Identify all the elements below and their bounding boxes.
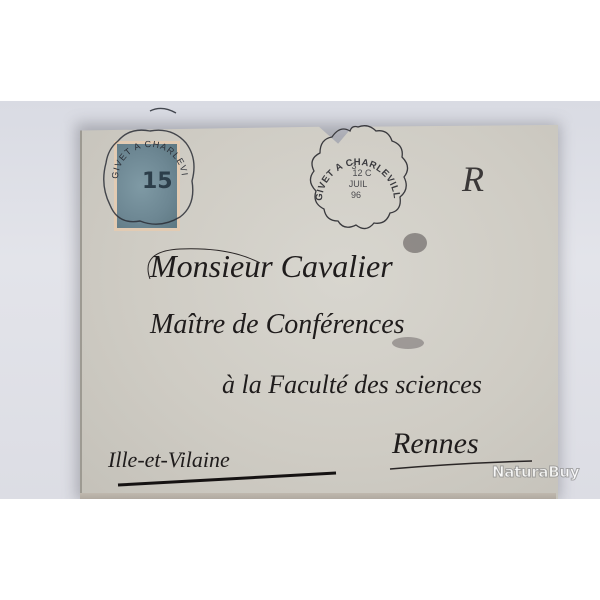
naturabuy-watermark: NaturaBuy: [492, 463, 579, 481]
ink-smudge: [403, 233, 427, 253]
stamp-cancel-text: GIVET A CHARLEVILLE: [0, 101, 190, 179]
registered-mark: R: [461, 159, 484, 199]
envelope-markings: GIVET A CHARLEVILLE GIVET A CHARLEVILLE …: [0, 101, 600, 499]
address-line-2: Maître de Conférences: [149, 309, 405, 340]
address-department: Ille-et-Vilaine: [107, 447, 230, 472]
envelope-photo: 15 GIVET A CHARLEVILLE GIVET A CHARLEVIL…: [0, 101, 600, 499]
address-block: Monsieur Cavalier Maître de Conférences …: [107, 248, 482, 472]
address-line-3: à la Faculté des sciences: [222, 370, 482, 399]
address-city: Rennes: [391, 427, 479, 460]
svg-text:JUIL: JUIL: [349, 179, 368, 189]
address-line-1: Monsieur Cavalier: [149, 248, 393, 284]
svg-text:12 C: 12 C: [352, 168, 372, 178]
postmark-ring-text: GIVET A CHARLEVILLE: [0, 101, 402, 201]
department-underline: [118, 473, 336, 485]
svg-text:96: 96: [351, 190, 361, 200]
